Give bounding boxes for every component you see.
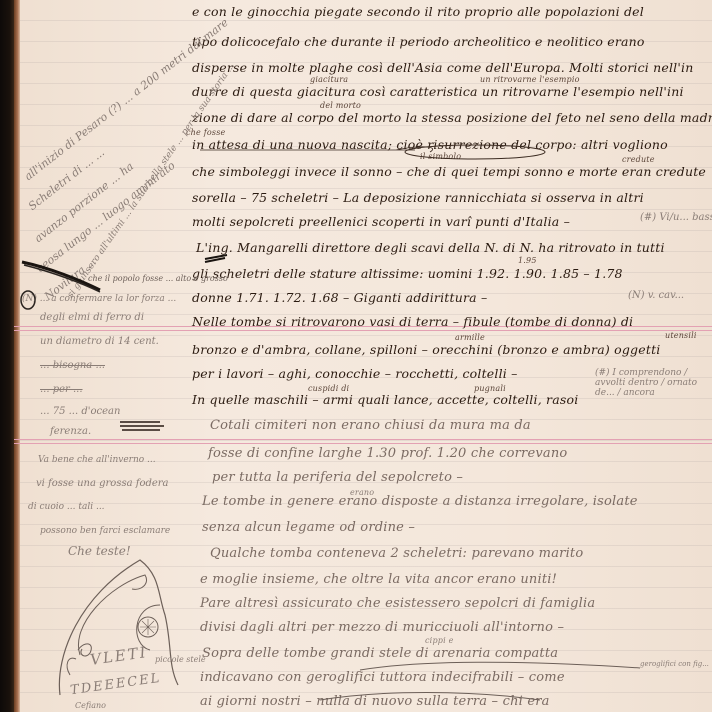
stele-label: Cefiano	[75, 701, 106, 710]
manuscript-page: e con le ginocchia piegate secondo il ri…	[0, 0, 712, 712]
stele-caption: piccole stele	[155, 655, 206, 664]
stele-sketch: VLETI TDEEECEL piccole stele Cefiano	[50, 555, 200, 712]
